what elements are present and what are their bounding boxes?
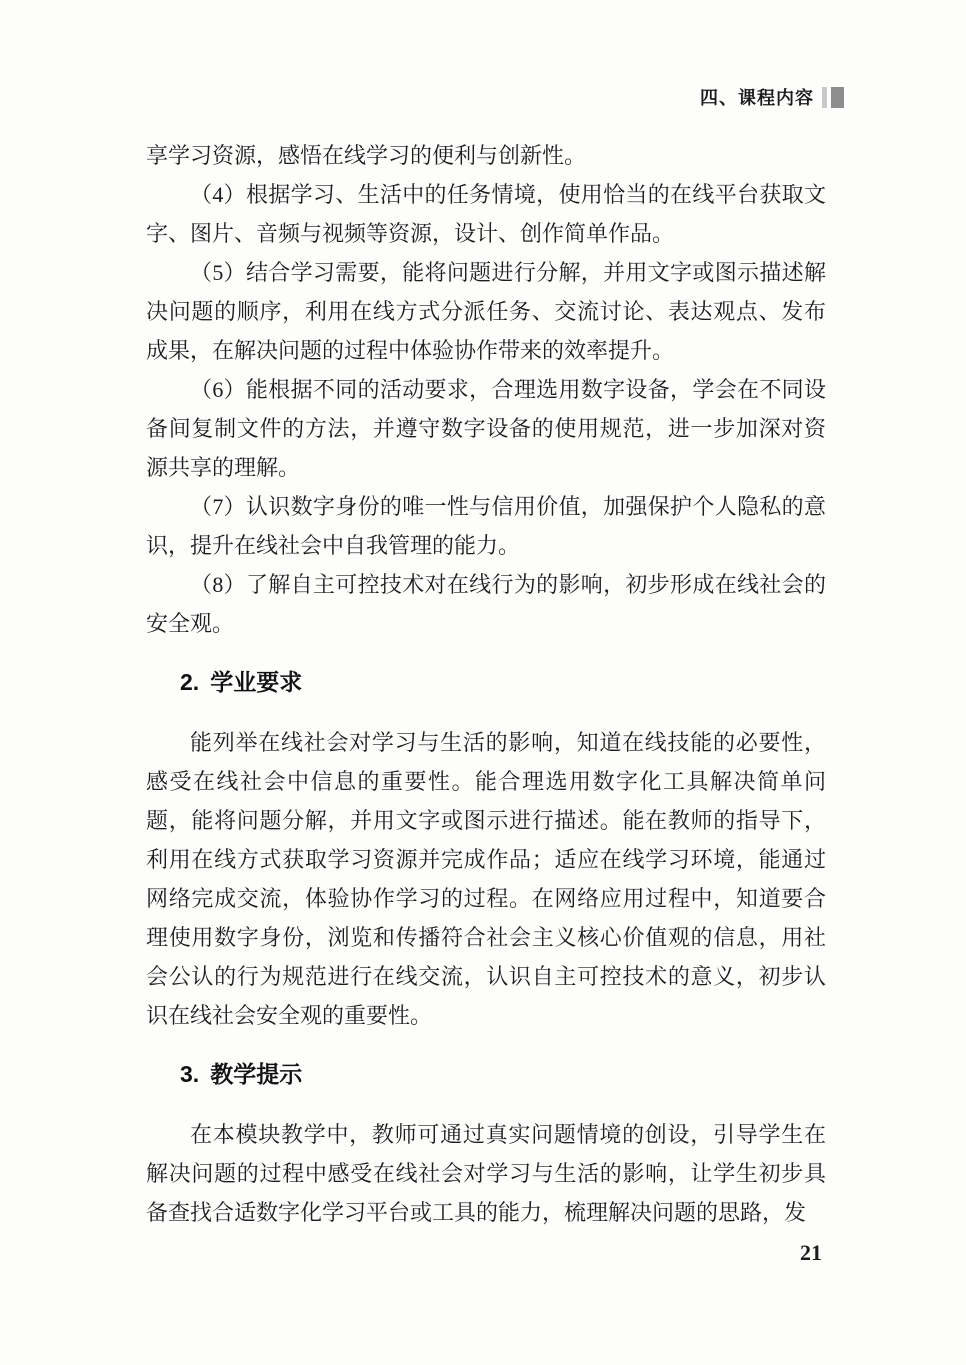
list-item-7: （7）认识数字身份的唯一性与信用价值，加强保护个人隐私的意识，提升在线社会中自我… (146, 487, 826, 565)
list-item-8: （8）了解自主可控技术对在线行为的影响，初步形成在线社会的安全观。 (146, 565, 826, 643)
section-teaching-tips-body: 在本模块教学中，教师可通过真实问题情境的创设，引导学生在解决问题的过程中感受在线… (146, 1115, 826, 1232)
list-item-5: （5）结合学习需要，能将问题进行分解，并用文字或图示描述解决问题的顺序，利用在线… (146, 253, 826, 370)
page-body: 享学习资源，感悟在线学习的便利与创新性。 （4）根据学习、生活中的任务情境，使用… (146, 136, 826, 1232)
section-heading-academic-requirements: 2.学业要求 (180, 667, 826, 697)
section-number: 2. (180, 669, 199, 695)
paragraph-continuation: 享学习资源，感悟在线学习的便利与创新性。 (146, 136, 826, 175)
header-decoration-bar-light (822, 87, 827, 108)
section-title: 教学提示 (210, 1061, 302, 1087)
running-header-title: 四、课程内容 (700, 84, 814, 110)
header-decoration-bar-dark (831, 87, 844, 108)
section-heading-teaching-tips: 3.教学提示 (180, 1059, 826, 1089)
list-item-6: （6）能根据不同的活动要求，合理选用数字设备，学会在不同设备间复制文件的方法，并… (146, 370, 826, 487)
list-item-4: （4）根据学习、生活中的任务情境，使用恰当的在线平台获取文字、图片、音频与视频等… (146, 175, 826, 253)
section-academic-requirements-body: 能列举在线社会对学习与生活的影响，知道在线技能的必要性，感受在线社会中信息的重要… (146, 723, 826, 1035)
running-header: 四、课程内容 (700, 84, 844, 110)
page-number: 21 (800, 1240, 822, 1266)
document-page: 四、课程内容 享学习资源，感悟在线学习的便利与创新性。 （4）根据学习、生活中的… (0, 0, 966, 1365)
section-number: 3. (180, 1061, 199, 1087)
section-title: 学业要求 (210, 669, 302, 695)
